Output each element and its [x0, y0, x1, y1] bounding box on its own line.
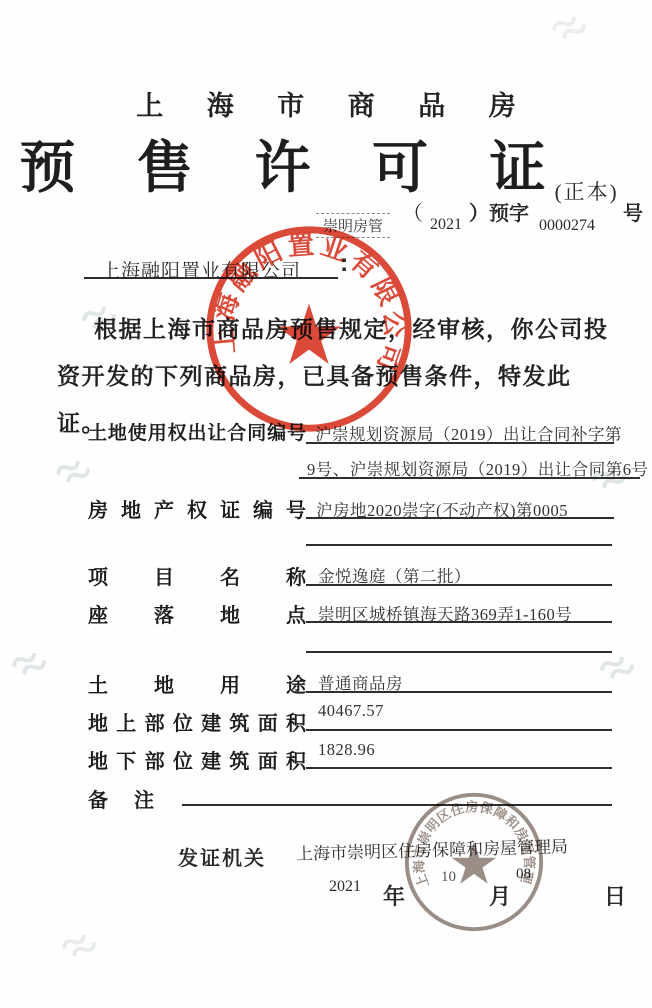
- paren-open: （: [402, 201, 423, 225]
- field-underline-blank: [306, 651, 612, 653]
- field-value-below-ground-area: 1828.96: [318, 740, 375, 760]
- license-agency: 崇明房管: [316, 213, 390, 238]
- watermark: [52, 446, 98, 492]
- field-value-above-ground-area: 40467.57: [318, 701, 384, 721]
- watermark: [548, 2, 594, 48]
- field-label-project-name: 项目名称: [88, 561, 306, 590]
- issue-date-day: 08: [516, 866, 531, 883]
- addressee-colon: :: [340, 249, 348, 278]
- watermark: [596, 642, 642, 688]
- license-serial: 0000274: [539, 217, 595, 234]
- watermark: [58, 920, 104, 966]
- field-underline: [306, 729, 612, 731]
- document-main-title-row: 预 售 许 可 证(正本): [0, 124, 652, 204]
- field-label-property-cert-no: 房地产权证编号: [88, 494, 306, 523]
- license-year: 2021: [430, 216, 462, 233]
- body-line-1: 根据上海市商品房预售规定，经审核，你公司投: [57, 306, 613, 353]
- license-suffix: 号: [623, 203, 643, 225]
- field-underline: [306, 767, 612, 769]
- issue-date-year-label: 年: [383, 880, 405, 911]
- watermark: [8, 638, 54, 684]
- field-value-land-use: 普通商品房: [318, 670, 403, 694]
- issuer-label: 发证机关: [178, 842, 266, 871]
- field-value-land-contract-line1: 沪崇规划资源局（2019）出让合同补字第: [315, 421, 622, 445]
- issue-date-month: 10: [441, 869, 456, 886]
- field-value-property-cert-no: 沪房地2020崇字(不动产权)第0005: [316, 497, 568, 521]
- field-label-remarks: 备注: [88, 784, 154, 813]
- field-label-location: 座落地点: [88, 599, 306, 628]
- license-number-line: 崇明房管（2021）预字0000274号: [316, 197, 643, 227]
- field-label-land-contract-no: 土地使用权出让合同编号: [88, 418, 306, 445]
- field-value-project-name: 金悦逸庭（第二批）: [318, 563, 471, 587]
- field-label-land-use: 土地用途: [88, 669, 306, 698]
- issue-date-year: 2021: [329, 878, 361, 896]
- field-underline: [182, 804, 612, 806]
- license-prefix: ）预字: [469, 203, 529, 225]
- issue-date-month-label: 月: [489, 880, 511, 911]
- addressee-company-name: 上海融阳置业有限公司: [101, 256, 301, 283]
- field-value-land-contract-line2: 9号、沪崇规划资源局（2019）出让合同第6号（2.0）: [307, 456, 652, 480]
- field-underline-blank: [306, 544, 612, 546]
- presale-permit-document: 上 海 市 商 品 房 预 售 许 可 证(正本) 崇明房管（2021）预字00…: [0, 0, 652, 1008]
- issuer-value: 上海市崇明区住房保障和房屋管理局: [296, 832, 569, 865]
- authority-seal-stamp: 上海市崇明区住房保障和房屋管理局: [401, 789, 547, 935]
- document-main-title: 预 售 许 可 证: [19, 136, 568, 199]
- issue-date-day-label: 日: [604, 880, 626, 911]
- field-value-location: 崇明区城桥镇海天路369弄1-160号: [318, 601, 572, 625]
- document-category-title: 上 海 市 商 品 房: [0, 84, 652, 123]
- authority-seal-ring: [407, 795, 541, 929]
- field-label-below-ground-area: 地下部位建筑面积: [88, 745, 306, 774]
- field-label-above-ground-area: 地上部位建筑面积: [88, 707, 306, 736]
